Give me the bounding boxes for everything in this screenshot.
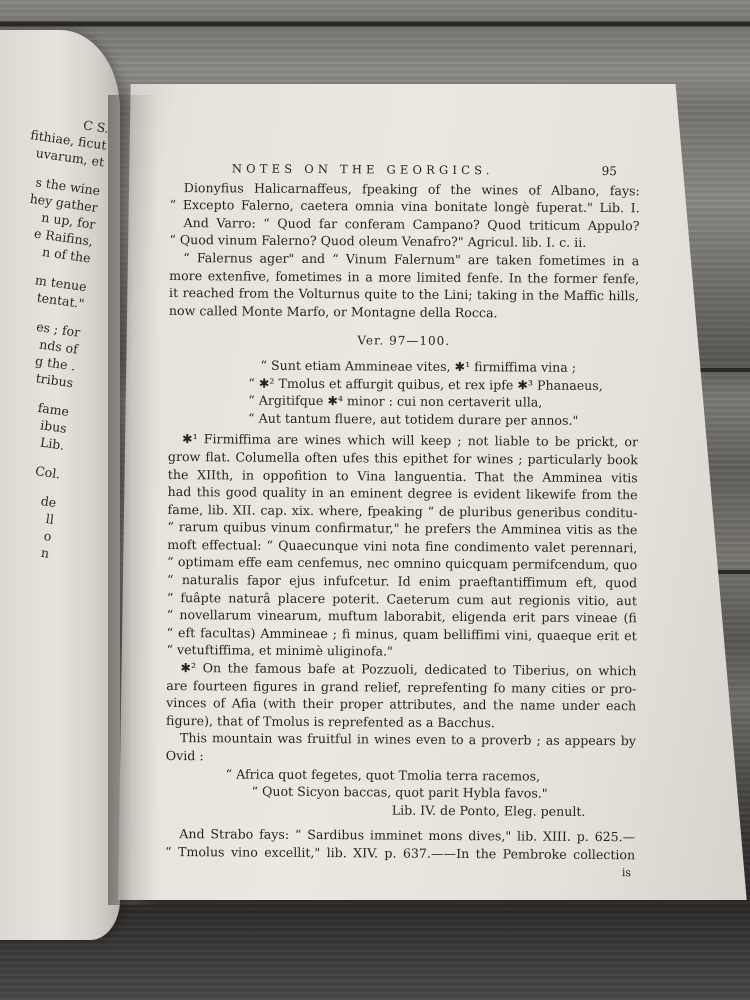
verse-quote: “ Sunt etiam Ammineae vites, ✱¹ firmiffi… bbox=[168, 356, 638, 430]
proverb-paragraph: This mountain was fruitful in wines even… bbox=[166, 729, 636, 767]
page-number: 95 bbox=[602, 163, 617, 181]
catchword: is bbox=[165, 861, 635, 882]
plank-gap bbox=[700, 368, 750, 372]
left-page-text: C S. fithiae, ficut uvarum, et s the win… bbox=[0, 105, 110, 562]
verse-line: “ Africa quot fegetes, quot Tmolia terra… bbox=[166, 765, 636, 786]
text-line: This mountain was fruitful in wines even… bbox=[166, 729, 636, 750]
running-head: NOTES ON THE GEORGICS. 95 bbox=[232, 160, 617, 180]
strabo-paragraph: And Strabo fays: “ Sardibus imminet mons… bbox=[165, 825, 635, 863]
running-head-title: NOTES ON THE GEORGICS. bbox=[232, 160, 494, 179]
ovid-citation: Lib. IV. de Ponto, Eleg. penult. bbox=[165, 800, 635, 821]
footnote-2: ✱² On the famous bafe at Pozzuoli, dedic… bbox=[166, 659, 636, 733]
intro-paragraph: Dionyfius Halicarnaffeus, fpeaking of th… bbox=[169, 179, 640, 323]
text-line: now called Monte Marfo, or Montagne dell… bbox=[169, 302, 639, 323]
ovid-quote: “ Africa quot fegetes, quot Tmolia terra… bbox=[166, 765, 636, 803]
section-heading: Ver. 97—100. bbox=[169, 331, 639, 352]
verse-line: “ Aut tantum fluere, aut totidem durare … bbox=[168, 409, 638, 430]
left-page: C S. fithiae, ficut uvarum, et s the win… bbox=[0, 30, 120, 940]
text-line: “ Tmolus vino excellit," lib. XIV. p. 63… bbox=[165, 843, 635, 864]
plank-gap bbox=[0, 22, 750, 26]
page-content: NOTES ON THE GEORGICS. 95 Dionyfius Hali… bbox=[165, 160, 640, 881]
book-gutter-shadow bbox=[108, 95, 158, 905]
footnote-1: ✱¹ Firmiffima are wines which will keep … bbox=[167, 430, 639, 662]
